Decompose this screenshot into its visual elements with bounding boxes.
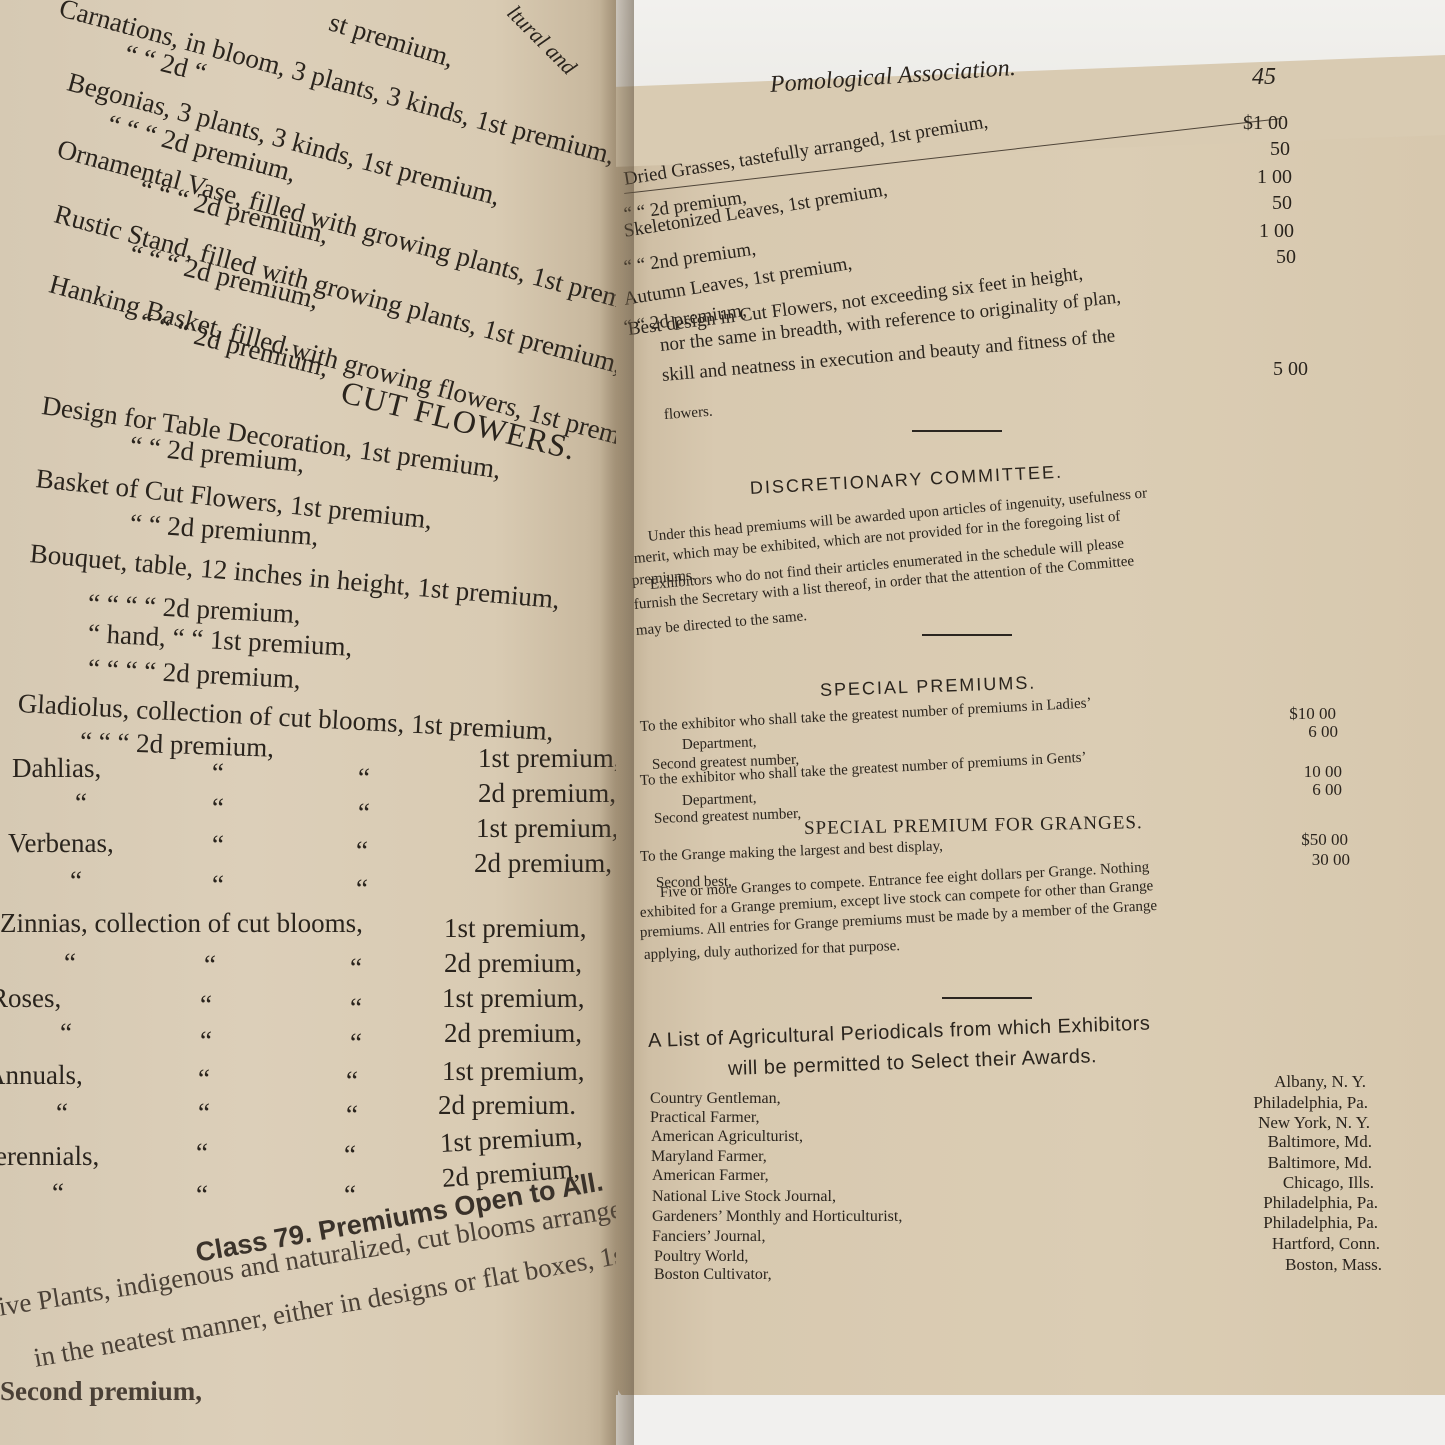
periodical-city: Baltimore, Md. [1200,1153,1372,1173]
ditto-mark: “ [346,1102,358,1129]
periodical-name: Boston Cultivator, [654,1266,772,1284]
periodical-city: Hartford, Conn. [1200,1234,1380,1254]
amount: 10 00 [1260,762,1342,782]
row-premium: 1st premium, [439,1123,583,1157]
row-name: “ [70,868,82,895]
row-name: “ [60,1020,72,1047]
periodical-city: New York, N. Y. [1200,1113,1370,1133]
row-premium: 2d premium, [474,850,612,877]
row-premium: 2d premium, [478,780,616,807]
row-name: “ [75,790,87,817]
text-line: st premium, [326,9,457,73]
amount: 50 [1220,138,1290,161]
row-name: Dahlias, [12,755,101,782]
ditto-mark: “ [212,872,224,899]
ditto-mark: “ [204,952,216,979]
amount: 50 [1220,246,1296,269]
ditto-mark: “ [212,760,224,787]
ditto-mark: “ [198,1066,210,1093]
ditto-mark: “ [212,795,224,822]
left-page: ltural and st premium, Carnations, in bl… [0,0,618,1445]
periodical-name: Practical Farmer, [650,1109,760,1127]
ditto-mark: “ [200,1028,212,1055]
text-line: Department, [682,791,757,809]
ditto-mark: “ [350,995,362,1022]
amount: $10 00 [1260,704,1336,724]
periodical-city: Chicago, Ills. [1200,1173,1374,1193]
row-premium: 1st premium, [442,985,585,1012]
page-number: 45 [1252,64,1276,91]
periodical-name: Maryland Farmer, [651,1148,767,1166]
row-name: Verbenas, [8,830,114,857]
amount: 1 00 [1220,166,1292,189]
row-premium: 2d premium, [444,1020,582,1047]
row-name: Perennials, [0,1143,99,1170]
ditto-mark: “ [196,1182,208,1209]
row-name: “ [56,1100,68,1127]
amount: 5 00 [1230,358,1308,381]
amount: $1 00 [1220,112,1288,135]
amount: 6 00 [1260,722,1338,742]
ditto-mark: “ [350,1030,362,1057]
section-divider [912,430,1002,432]
periodical-city: Albany, N. Y. [1200,1072,1366,1092]
row-premium: 1st premium, [444,915,587,942]
book-spread-photo: ltural and st premium, Carnations, in bl… [0,0,1445,1445]
periodical-city: Philadelphia, Pa. [1200,1093,1368,1113]
periodical-city: Boston, Mass. [1200,1255,1382,1275]
row-premium: 2d premium. [438,1092,576,1119]
ditto-mark: “ [346,1068,358,1095]
row-premium: 2d premium, [444,950,582,977]
amount: 30 00 [1270,850,1350,870]
section-divider [922,634,1012,636]
periodical-city: Baltimore, Md. [1200,1132,1372,1152]
periodical-name: Poultry World, [654,1248,748,1266]
ditto-mark: “ [198,1100,210,1127]
row-premium: 1st premium, [476,815,618,842]
section-divider [942,997,1032,999]
periodical-city: Philadelphia, Pa. [1200,1213,1378,1233]
text-line: Second premium, [0,1378,202,1405]
periodical-name: Country Gentleman, [650,1090,781,1108]
ditto-mark: “ [344,1182,356,1209]
amount: 6 00 [1260,780,1342,800]
row-name: Zinnias, collection of cut blooms, [0,910,363,937]
text-line: “ “ “ 2d premium, [80,728,275,762]
ditto-mark: “ [356,876,368,903]
text-line: “ “ “ “ 2d premium, [87,655,301,693]
row-premium: 1st premium, [442,1058,585,1085]
background-white-bottom [616,1395,1445,1445]
ditto-mark: “ [356,838,368,865]
periodical-name: National Live Stock Journal, [652,1188,836,1206]
ditto-mark: “ [212,832,224,859]
amount: 50 [1220,192,1292,215]
ditto-mark: “ [358,800,370,827]
ditto-mark: “ [200,992,212,1019]
ditto-mark: “ [196,1140,208,1167]
ditto-mark: “ [358,765,370,792]
row-name: “ [52,1180,64,1207]
row-name: Annuals, [0,1062,83,1089]
periodical-name: American Agriculturist, [651,1128,803,1146]
book-gutter [600,0,634,1445]
text-line: Department, [682,735,757,753]
periodical-name: Fanciers’ Journal, [652,1228,765,1246]
amount: 1 00 [1220,220,1294,243]
row-premium: 1st premium, [478,745,618,772]
row-name: Roses, [0,985,61,1012]
row-name: “ [64,950,76,977]
periodical-name: Gardeners’ Monthly and Horticulturist, [652,1208,902,1226]
ditto-mark: “ [350,955,362,982]
periodical-city: Philadelphia, Pa. [1200,1193,1378,1213]
periodical-name: American Farmer, [652,1167,769,1185]
ditto-mark: “ [344,1142,356,1169]
amount: $50 00 [1270,830,1348,850]
